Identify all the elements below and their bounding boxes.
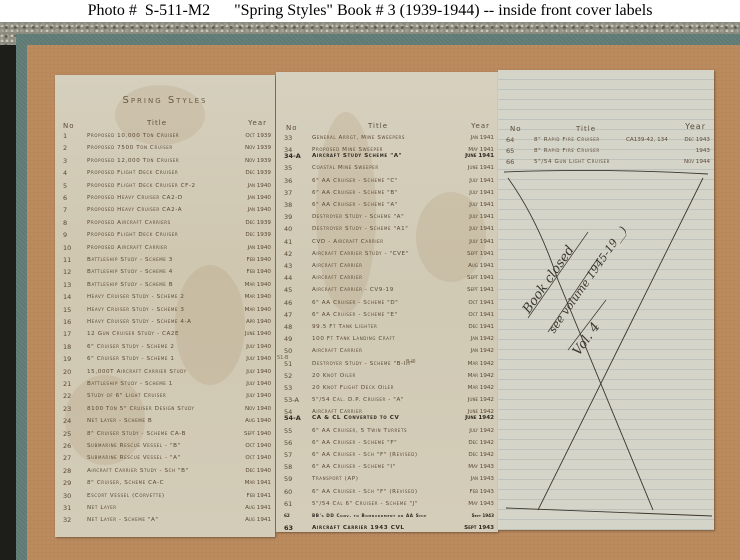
row-number: 21 [63,378,83,390]
row-title: General Arrgt, Mine Sweepers [312,132,405,144]
table-row: 586" AA Cruiser - Scheme "I"May 1943 [276,461,498,473]
table-row: 566" AA Cruiser - Scheme "F"Dec 1942 [276,437,498,449]
table-row: 186" Cruiser Study - Scheme 2July 1940 [55,341,275,353]
row-number: 44 [284,272,304,284]
row-year: Aug 1941 [468,260,494,272]
row-number: 45 [284,284,304,296]
row-title: Heavy Cruiser Study - Scheme 4-A [87,316,192,328]
row-year: Dec 1941 [468,321,494,333]
table-row: 4899.5 Ft Tank LighterDec 1941 [276,321,498,333]
row-year: Nov 1939 [245,142,271,154]
row-number: 36 [284,175,304,187]
row-number: 16 [63,316,83,328]
row-number: 30 [63,490,83,502]
photo-description: "Spring Styles" Book # 3 (1939-1944) -- … [234,2,652,19]
sheet-title: Spring Styles [55,95,275,106]
table-row: 42Aircraft Carrier Study - "CVE"Sept 194… [276,248,498,260]
row-title: 6" AA Cruiser - Scheme "D" [312,297,398,309]
row-number: 63 [284,522,304,532]
row-number: 11 [63,254,83,266]
table-row: 51Destroyer Study - Scheme "B-III"Mar 19… [276,358,498,370]
row-title: Aircraft Carrier [312,272,362,284]
row-title: Submarine Rescue Vessel - "A" [87,452,181,464]
table-row: 62BB's DD Conv. to Bombardment or AA Shi… [276,510,498,522]
table-row: 196" Cruiser Study - Scheme 1July 1940 [55,353,275,365]
row-year: Sept 1943 [472,510,494,522]
row-year: July 1941 [469,175,494,187]
row-number: 10 [63,242,83,254]
header-no: No [63,122,75,130]
row-year: June 1941 [465,150,494,162]
row-year: Sept 1941 [467,272,494,284]
table-row: 366" AA Cruiser - Scheme "C"July 1941 [276,175,498,187]
row-number: 48 [284,321,304,333]
row-number: 7 [63,204,83,216]
row-title: BB's DD Conv. to Bombardment or AA Ship [312,510,427,522]
row-number: 25 [63,428,83,440]
row-year: July 1941 [469,236,494,248]
table-row: 5Proposed Flight Deck Cruiser CF-2Jan 19… [55,180,275,192]
table-row: 615"/54 Cal 6" Cruiser - Scheme "J"May 1… [276,498,498,510]
row-title: 8" Cruiser, Scheme CA-C [87,477,164,489]
row-year: Mar 1942 [468,370,494,382]
row-year: Jan 1940 [248,192,271,204]
row-year: Mar 1940 [245,279,271,291]
row-year: Mar 1940 [245,304,271,316]
row-title: Destroyer Study - Scheme "A" [312,211,404,223]
row-title: 6" Cruiser Study - Scheme 2 [87,341,175,353]
row-year: Sept 1941 [467,248,494,260]
table-row: 298" Cruiser, Scheme CA-CMar 1941 [55,477,275,489]
row-year: July 1941 [469,187,494,199]
row-title: Proposed Heavy Cruiser CA2-A [87,204,182,216]
photo-id: Photo # S-511-M2 [88,2,211,19]
row-year: Nov 1939 [245,155,271,167]
row-number: 5 [63,180,83,192]
row-year: Oct 1941 [468,297,494,309]
row-number: 62 [284,510,304,522]
row-title: 6" AA Cruiser - Scheme "F" [312,437,397,449]
table-row: 16Heavy Cruiser Study - Scheme 4-AApr 19… [55,316,275,328]
row-title: 20 Knot Oiler [312,370,356,382]
row-number: 32 [63,514,83,526]
row-number: 17 [63,328,83,340]
table-row: 466" AA Cruiser - Scheme "D"Oct 1941 [276,297,498,309]
table-row: 14Heavy Cruiser Study - Scheme 2Mar 1940 [55,291,275,303]
row-title: Aircraft Carrier [312,260,362,272]
table-row: 13Battleship Study - Scheme BMar 1940 [55,279,275,291]
row-number: 9 [63,229,83,241]
table-row: 44Aircraft CarrierSept 1941 [276,272,498,284]
row-title: Proposed Flight Deck Cruiser [87,167,178,179]
row-number: 27 [63,452,83,464]
row-number: 13 [63,279,83,291]
table-row: 7Proposed Heavy Cruiser CA2-AJan 1940 [55,204,275,216]
row-title: Transport (AP) [312,473,359,485]
row-number: 37 [284,187,304,199]
row-title: 6" AA Cruiser - Scheme "B" [312,187,398,199]
row-number: 12 [63,266,83,278]
margin-note: B-III [406,359,416,365]
row-year: Oct 1940 [245,452,271,464]
row-title: Escort Vessel (Corvette) [87,490,165,502]
row-number: 41 [284,236,304,248]
row-year: Jan 1940 [248,180,271,192]
row-number: 39 [284,211,304,223]
row-year: June 1940 [245,328,271,340]
row-title: 20 Knot Flight Deck Oiler [312,382,394,394]
table-row: 30Escort Vessel (Corvette)Feb 1941 [55,490,275,502]
row-title: 6" AA Cruiser - Scheme "A" [312,199,398,211]
row-year: July 1942 [469,425,494,437]
table-row: 476" AA Cruiser - Scheme "E"Oct 1941 [276,309,498,321]
row-title: Proposed 12,000 Ton Cruiser [87,155,179,167]
row-number: 20 [63,366,83,378]
table-row: 1Proposed 10,000 Ton CruiserOct 1939 [55,130,275,142]
row-year: Aug 1941 [245,502,271,514]
table-row: 6Proposed Heavy Cruiser CA2-DJan 1940 [55,192,275,204]
row-year: Nov 1940 [245,403,271,415]
row-title: 6" Cruiser Study - Scheme 1 [87,353,175,365]
label-sheet-1: Spring Styles No Title Year 1Proposed 10… [55,75,275,537]
row-number: 4 [63,167,83,179]
table-row: 26Submarine Rescue Vessel - "B"Oct 1940 [55,440,275,452]
row-year: Dec 1940 [245,465,271,477]
row-number: 2 [63,142,83,154]
row-title: Proposed Aircraft Carrier [87,242,168,254]
row-number: 29 [63,477,83,489]
table-row: 34-AAircraft Study Scheme "A"June 1941 [276,150,498,162]
table-row: 15Heavy Cruiser Study - Scheme 3Mar 1940 [55,304,275,316]
row-title: CVD - Aircraft Carrier [312,236,384,248]
row-number: 19 [63,353,83,365]
row-title: Aircraft Carrier Study - "CVE" [312,248,409,260]
table-row: 10Proposed Aircraft CarrierJan 1940 [55,242,275,254]
table-row: 9Proposed Flight Deck CruiserDec 1939 [55,229,275,241]
row-title: Proposed 10,000 Ton Cruiser [87,130,179,142]
row-year: Jan 1941 [471,132,494,144]
row-number: 54-A [284,412,304,424]
table-row: 31Net LayerAug 1941 [55,502,275,514]
row-year: July 1941 [469,211,494,223]
row-title: 6" AA Cruiser - Sch "F" (Revised) [312,486,418,498]
row-number: 15 [63,304,83,316]
table-row: 11Battleship Study - Scheme 3Feb 1940 [55,254,275,266]
row-year: June 1942 [465,412,494,424]
row-title: Battleship Study - Scheme 4 [87,266,173,278]
label-sheet-3: No Title Year 648" Rapid Fire CruiserDec… [498,70,714,530]
row-number: 24 [63,415,83,427]
table-row: 40Destroyer Study - Scheme "A1"July 1941 [276,223,498,235]
header-year: Year [471,122,490,130]
row-year: Jan 1940 [248,242,271,254]
row-title: 5"/54 Cal. D.P. Cruiser - "A" [312,394,404,406]
row-year: July 1940 [246,353,271,365]
table-row: 238100 Ton 5" Cruiser Design StudyNov 19… [55,403,275,415]
row-title: Battleship Study - Scheme 1 [87,378,173,390]
table-row: 27Submarine Rescue Vessel - "A"Oct 1940 [55,452,275,464]
row-number: 35 [284,162,304,174]
row-title: Net Layer - Scheme "A" [87,514,159,526]
row-number: 53-A [284,394,304,406]
table-row: 63Aircraft Carrier 1943 CVLSept 1943 [276,522,498,532]
row-year: Jan 1943 [471,473,494,485]
row-year: July 1940 [246,378,271,390]
row-title: Study of 6" Light Cruiser [87,390,166,402]
row-number: 18 [63,341,83,353]
row-year: Dec 1942 [468,437,494,449]
table-row: 5220 Knot OilerMar 1942 [276,370,498,382]
row-number: 60 [284,486,304,498]
label-sheet-2: No Title Year 33General Arrgt, Mine Swee… [276,72,498,532]
row-year: Oct 1941 [468,309,494,321]
margin-note: 51-B [277,355,288,361]
row-number: 59 [284,473,304,485]
table-row: 576" AA Cruiser - Sch "F" (Revised)Dec 1… [276,449,498,461]
row-number: 49 [284,333,304,345]
row-title: 12 Gun Cruiser Study - CA2E [87,328,179,340]
table-row: 49100 Ft Tank Landing CraftJan 1942 [276,333,498,345]
row-year: May 1943 [468,498,494,510]
row-year: Jan 1942 [471,345,494,357]
row-number: 34-A [284,150,304,162]
row-year: Mar 1942 [468,358,494,370]
row-number: 6 [63,192,83,204]
table-row: 258" Cruiser Study - Scheme CA-BSept 194… [55,428,275,440]
header-year: Year [248,119,267,127]
row-number: 26 [63,440,83,452]
row-year: July 1941 [469,223,494,235]
table-row: 12Battleship Study - Scheme 4Feb 1940 [55,266,275,278]
row-title: 99.5 Ft Tank Lighter [312,321,377,333]
row-number: 58 [284,461,304,473]
table-row: 22Study of 6" Light CruiserJuly 1940 [55,390,275,402]
row-number: 31 [63,502,83,514]
row-title: Aircraft Carrier 1943 CVL [312,522,405,532]
row-title: 6" AA Cruiser - Scheme "I" [312,461,396,473]
row-year: Feb 1941 [246,490,271,502]
row-number: 56 [284,437,304,449]
table-row: 8Proposed Aircraft CarriersDec 1939 [55,217,275,229]
header-title: Title [368,122,388,130]
table-row: 43Aircraft CarrierAug 1941 [276,260,498,272]
row-year: July 1940 [246,390,271,402]
table-row: 376" AA Cruiser - Scheme "B"July 1941 [276,187,498,199]
row-year: Dec 1939 [245,229,271,241]
row-year: Aug 1940 [245,415,271,427]
row-number: 55 [284,425,304,437]
row-title: 6" AA Cruiser - Sch "F" (Revised) [312,449,418,461]
table-row: 41CVD - Aircraft CarrierJuly 1941 [276,236,498,248]
row-title: Destroyer Study - Scheme "A1" [312,223,408,235]
header-no: No [286,124,298,132]
row-year: Dec 1942 [468,449,494,461]
row-year: Dec 1939 [245,167,271,179]
row-title: Aircraft Carrier Study - Sch "B" [87,465,189,477]
table-row: 53-A5"/54 Cal. D.P. Cruiser - "A"June 19… [276,394,498,406]
row-number: 52 [284,370,304,382]
row-title: Heavy Cruiser Study - Scheme 2 [87,291,185,303]
row-title: Destroyer Study - Scheme "B-III" [312,358,414,370]
row-year: Oct 1940 [245,440,271,452]
row-title: CA & CL Converted to CV [312,412,399,424]
row-number: 1 [63,130,83,142]
row-number: 46 [284,297,304,309]
row-title: 6" AA Cruiser, 5 Twin Turrets [312,425,407,437]
row-number: 28 [63,465,83,477]
row-year: Aug 1941 [245,514,271,526]
table-row: 39Destroyer Study - Scheme "A"July 1941 [276,211,498,223]
table-row: 2015,000T Aircraft Carrier StudyJuly 194… [55,366,275,378]
row-year: Jan 1940 [248,204,271,216]
row-year: July 1940 [246,366,271,378]
row-title: Aircraft Carrier [312,345,362,357]
row-year: July 1941 [469,199,494,211]
row-number: 43 [284,260,304,272]
header-title: Title [147,119,167,127]
row-number: 23 [63,403,83,415]
table-row: 59Transport (AP)Jan 1943 [276,473,498,485]
row-year: June 1941 [468,162,494,174]
table-row: 4Proposed Flight Deck CruiserDec 1939 [55,167,275,179]
table-row: 54-ACA & CL Converted to CVJune 1942 [276,412,498,424]
row-number: 8 [63,217,83,229]
table-row: 386" AA Cruiser - Scheme "A"July 1941 [276,199,498,211]
row-title: 6" AA Cruiser - Scheme "E" [312,309,398,321]
table-row: 5320 Knot Flight Deck OilerMar 1942 [276,382,498,394]
photo-caption: Photo # S-511-M2 "Spring Styles" Book # … [0,0,740,24]
row-title: Aircraft Carrier - CV9-19 [312,284,394,296]
row-year: June 1942 [468,394,494,406]
row-number: 33 [284,132,304,144]
row-title: 5"/54 Cal 6" Cruiser - Scheme "J" [312,498,418,510]
row-title: Battleship Study - Scheme B [87,279,173,291]
row-number: 40 [284,223,304,235]
row-year: Dec 1939 [245,217,271,229]
row-title: Net Layer [87,502,117,514]
row-title: Proposed Heavy Cruiser CA2-D [87,192,183,204]
row-year: Sept 1941 [467,284,494,296]
row-year: Feb 1940 [246,266,271,278]
row-year: Jan 1942 [471,333,494,345]
table-row: 3Proposed 12,000 Ton CruiserNov 1939 [55,155,275,167]
table-row: 28Aircraft Carrier Study - Sch "B"Dec 19… [55,465,275,477]
row-title: Proposed Aircraft Carriers [87,217,171,229]
table-row: 32Net Layer - Scheme "A"Aug 1941 [55,514,275,526]
row-year: Oct 1939 [245,130,271,142]
row-year: Feb 1940 [246,254,271,266]
row-title: 8100 Ton 5" Cruiser Design Study [87,403,195,415]
row-year: Mar 1940 [245,291,271,303]
table-row: 35Coastal Mine SweeperJune 1941 [276,162,498,174]
row-title: Proposed Flight Deck Cruiser CF-2 [87,180,196,192]
row-year: Feb 1943 [469,486,494,498]
table-row: 50Aircraft CarrierJan 1942 [276,345,498,357]
row-number: 3 [63,155,83,167]
row-title: Proposed Flight Deck Cruiser [87,229,178,241]
row-year: July 1940 [246,341,271,353]
table-row: 24Net Layer - Scheme BAug 1940 [55,415,275,427]
row-title: Coastal Mine Sweeper [312,162,379,174]
row-title: 6" AA Cruiser - Scheme "C" [312,175,398,187]
table-row: 606" AA Cruiser - Sch "F" (Revised)Feb 1… [276,486,498,498]
row-year: May 1943 [468,461,494,473]
row-title: 100 Ft Tank Landing Craft [312,333,395,345]
row-title: Heavy Cruiser Study - Scheme 3 [87,304,185,316]
table-row: 2Proposed 7500 Ton CruiserNov 1939 [55,142,275,154]
row-title: Proposed 7500 Ton Cruiser [87,142,173,154]
row-number: 14 [63,291,83,303]
row-title: 15,000T Aircraft Carrier Study [87,366,187,378]
row-year: Sept 1943 [464,522,494,532]
table-row: 33General Arrgt, Mine SweepersJan 1941 [276,132,498,144]
table-row: 556" AA Cruiser, 5 Twin TurretsJuly 1942 [276,425,498,437]
row-number: 57 [284,449,304,461]
row-title: Net Layer - Scheme B [87,415,152,427]
row-number: 61 [284,498,304,510]
row-year: Apr 1940 [246,316,271,328]
row-year: Mar 1942 [468,382,494,394]
row-number: 38 [284,199,304,211]
table-row: 21Battleship Study - Scheme 1July 1940 [55,378,275,390]
row-number: 47 [284,309,304,321]
row-number: 42 [284,248,304,260]
row-number: 22 [63,390,83,402]
row-title: Battleship Study - Scheme 3 [87,254,173,266]
row-title: Aircraft Study Scheme "A" [312,150,402,162]
row-year: Mar 1941 [245,477,271,489]
table-row: 1712 Gun Cruiser Study - CA2EJune 1940 [55,328,275,340]
row-number: 53 [284,382,304,394]
row-title: 8" Cruiser Study - Scheme CA-B [87,428,186,440]
row-year: Sept 1940 [244,428,271,440]
row-title: Submarine Rescue Vessel - "B" [87,440,181,452]
table-row: 45Aircraft Carrier - CV9-19Sept 1941 [276,284,498,296]
